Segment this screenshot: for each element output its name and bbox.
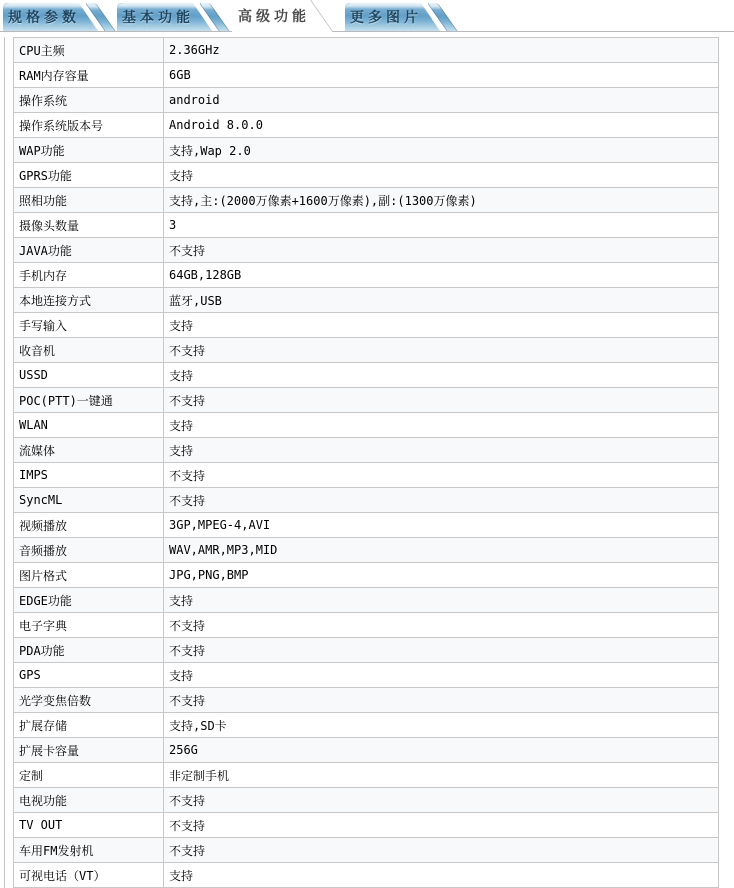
spec-label: PDA功能	[14, 638, 164, 663]
tab-label: 规格参数	[3, 3, 79, 31]
spec-label: 手写输入	[14, 313, 164, 338]
table-row: 车用FM发射机 不支持	[14, 838, 719, 863]
spec-value: 不支持	[164, 813, 719, 838]
tab-label: 基本功能	[117, 3, 193, 31]
table-row: 音频播放 WAV,AMR,MP3,MID	[14, 538, 719, 563]
tab-more-images[interactable]: 更多图片	[345, 3, 459, 31]
spec-value: 不支持	[164, 788, 719, 813]
spec-label: 视频播放	[14, 513, 164, 538]
spec-value: 6GB	[164, 63, 719, 88]
spec-label: RAM内存容量	[14, 63, 164, 88]
tab-background: 规格参数	[3, 3, 98, 31]
table-row: 操作系统 android	[14, 88, 719, 113]
tab-label: 高级功能	[232, 0, 310, 32]
spec-label: 图片格式	[14, 563, 164, 588]
tab-label: 更多图片	[345, 3, 421, 31]
table-row: POC(PTT)一键通 不支持	[14, 388, 719, 413]
spec-label: POC(PTT)一键通	[14, 388, 164, 413]
table-row: TV OUT 不支持	[14, 813, 719, 838]
spec-value: 不支持	[164, 463, 719, 488]
spec-label: 车用FM发射机	[14, 838, 164, 863]
tab-background: 基本功能	[117, 3, 212, 31]
table-row: 摄像头数量 3	[14, 213, 719, 238]
table-row: WLAN 支持	[14, 413, 719, 438]
spec-value: 支持	[164, 438, 719, 463]
spec-value: 64GB,128GB	[164, 263, 719, 288]
spec-label: 扩展卡容量	[14, 738, 164, 763]
spec-value: 2.36GHz	[164, 38, 719, 63]
spec-table-body: CPU主频 2.36GHz RAM内存容量 6GB 操作系统 android 操…	[14, 38, 719, 888]
table-row: 图片格式 JPG,PNG,BMP	[14, 563, 719, 588]
spec-label: 扩展存储	[14, 713, 164, 738]
spec-value: Android 8.0.0	[164, 113, 719, 138]
table-row: RAM内存容量 6GB	[14, 63, 719, 88]
spec-value: android	[164, 88, 719, 113]
table-row: SyncML 不支持	[14, 488, 719, 513]
table-row: 扩展卡容量 256G	[14, 738, 719, 763]
spec-value: 不支持	[164, 238, 719, 263]
spec-label: 电视功能	[14, 788, 164, 813]
spec-value: 支持	[164, 863, 719, 888]
spec-value: 蓝牙,USB	[164, 288, 719, 313]
spec-value: 支持	[164, 313, 719, 338]
spec-value: JPG,PNG,BMP	[164, 563, 719, 588]
table-row: GPS 支持	[14, 663, 719, 688]
spec-value: 3GP,MPEG-4,AVI	[164, 513, 719, 538]
spec-label: 可视电话（VT）	[14, 863, 164, 888]
spec-label: CPU主频	[14, 38, 164, 63]
spec-label: TV OUT	[14, 813, 164, 838]
spec-label: 音频播放	[14, 538, 164, 563]
spec-value: 不支持	[164, 638, 719, 663]
spec-label: JAVA功能	[14, 238, 164, 263]
spec-table: CPU主频 2.36GHz RAM内存容量 6GB 操作系统 android 操…	[13, 37, 719, 888]
spec-value: 不支持	[164, 338, 719, 363]
spec-label: GPS	[14, 663, 164, 688]
spec-label: USSD	[14, 363, 164, 388]
table-row: 电视功能 不支持	[14, 788, 719, 813]
spec-value: 支持,主:(2000万像素+1600万像素),副:(1300万像素)	[164, 188, 719, 213]
table-row: 可视电话（VT） 支持	[14, 863, 719, 888]
table-row: IMPS 不支持	[14, 463, 719, 488]
table-row: 本地连接方式 蓝牙,USB	[14, 288, 719, 313]
tab-background: 高级功能	[232, 0, 333, 32]
spec-label: GPRS功能	[14, 163, 164, 188]
spec-label: 手机内存	[14, 263, 164, 288]
spec-label: 流媒体	[14, 438, 164, 463]
table-row: WAP功能 支持,Wap 2.0	[14, 138, 719, 163]
table-row: 手写输入 支持	[14, 313, 719, 338]
table-row: 电子字典 不支持	[14, 613, 719, 638]
spec-value: 非定制手机	[164, 763, 719, 788]
tab-background: 更多图片	[345, 3, 440, 31]
table-row: 视频播放 3GP,MPEG-4,AVI	[14, 513, 719, 538]
table-row: 光学变焦倍数 不支持	[14, 688, 719, 713]
table-row: 扩展存储 支持,SD卡	[14, 713, 719, 738]
spec-value: 不支持	[164, 688, 719, 713]
tab-specifications[interactable]: 规格参数	[3, 3, 117, 31]
spec-label: 本地连接方式	[14, 288, 164, 313]
table-row: 手机内存 64GB,128GB	[14, 263, 719, 288]
tab-basic-functions[interactable]: 基本功能	[117, 3, 231, 31]
spec-value: 支持	[164, 588, 719, 613]
spec-label: SyncML	[14, 488, 164, 513]
table-row: GPRS功能 支持	[14, 163, 719, 188]
spec-label: WLAN	[14, 413, 164, 438]
spec-value: 支持,Wap 2.0	[164, 138, 719, 163]
table-row: CPU主频 2.36GHz	[14, 38, 719, 63]
table-row: USSD 支持	[14, 363, 719, 388]
table-row: 定制 非定制手机	[14, 763, 719, 788]
spec-label: IMPS	[14, 463, 164, 488]
spec-value: 256G	[164, 738, 719, 763]
spec-label: 摄像头数量	[14, 213, 164, 238]
spec-value: 支持	[164, 163, 719, 188]
spec-label: 光学变焦倍数	[14, 688, 164, 713]
spec-value: 支持	[164, 413, 719, 438]
spec-value: 不支持	[164, 613, 719, 638]
spec-label: 收音机	[14, 338, 164, 363]
spec-value: 不支持	[164, 838, 719, 863]
spec-label: 操作系统版本号	[14, 113, 164, 138]
spec-label: WAP功能	[14, 138, 164, 163]
table-row: PDA功能 不支持	[14, 638, 719, 663]
spec-value: 不支持	[164, 488, 719, 513]
spec-value: WAV,AMR,MP3,MID	[164, 538, 719, 563]
table-row: 收音机 不支持	[14, 338, 719, 363]
spec-value: 支持,SD卡	[164, 713, 719, 738]
spec-label: EDGE功能	[14, 588, 164, 613]
spec-label: 照相功能	[14, 188, 164, 213]
spec-value: 3	[164, 213, 719, 238]
spec-label: 定制	[14, 763, 164, 788]
spec-value: 支持	[164, 363, 719, 388]
table-row: 流媒体 支持	[14, 438, 719, 463]
spec-value: 不支持	[164, 388, 719, 413]
content-panel: CPU主频 2.36GHz RAM内存容量 6GB 操作系统 android 操…	[4, 37, 734, 888]
table-row: JAVA功能 不支持	[14, 238, 719, 263]
spec-label: 操作系统	[14, 88, 164, 113]
table-row: 照相功能 支持,主:(2000万像素+1600万像素),副:(1300万像素)	[14, 188, 719, 213]
table-row: EDGE功能 支持	[14, 588, 719, 613]
tab-bar: 规格参数 基本功能 高级功能 更多图片	[0, 0, 734, 32]
tab-advanced-functions[interactable]: 高级功能	[232, 0, 346, 32]
spec-value: 支持	[164, 663, 719, 688]
table-row: 操作系统版本号 Android 8.0.0	[14, 113, 719, 138]
spec-label: 电子字典	[14, 613, 164, 638]
